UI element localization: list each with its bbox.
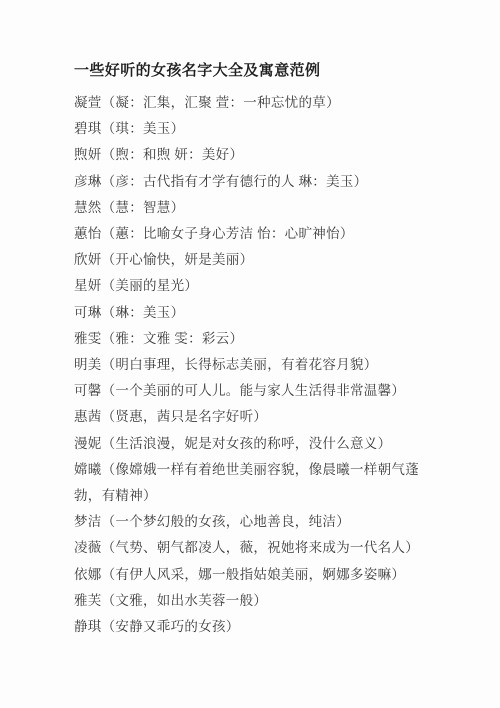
name-entry: 凌薇（气势、朝气都凌人，薇，祝她将来成为一代名人） xyxy=(74,535,424,561)
name-entry: 依娜（有伊人风采，娜一般指姑娘美丽，婀娜多姿嘛） xyxy=(74,562,424,588)
name-entry: 漫妮（生活浪漫，妮是对女孩的称呼，没什么意义） xyxy=(74,431,424,457)
name-entry: 慧然（慧：智慧） xyxy=(74,195,424,221)
name-entry: 可琳（琳：美玉） xyxy=(74,300,424,326)
name-entry: 煦妍（煦：和煦 妍：美好） xyxy=(74,142,424,168)
name-entry: 彦琳（彦：古代指有才学有德行的人 琳：美玉） xyxy=(74,169,424,195)
name-entry: 雅雯（雅：文雅 雯：彩云） xyxy=(74,326,424,352)
name-entry: 蕙怡（蕙：比喻女子身心芳洁 怡：心旷神怡） xyxy=(74,221,424,247)
name-entry: 凝萱（凝：汇集，汇聚 萱：一种忘忧的草） xyxy=(74,90,424,116)
name-entry: 嫦曦（像嫦娥一样有着绝世美丽容貌，像晨曦一样朝气蓬勃，有精神） xyxy=(74,457,424,509)
document-page: 一些好听的女孩名字大全及寓意范例 凝萱（凝：汇集，汇聚 萱：一种忘忧的草） 碧琪… xyxy=(0,0,500,708)
name-entry: 梦洁（一个梦幻般的女孩，心地善良，纯洁） xyxy=(74,509,424,535)
name-entry: 静琪（安静又乖巧的女孩） xyxy=(74,614,424,640)
name-entry: 明美（明白事理，长得标志美丽，有着花容月貌） xyxy=(74,352,424,378)
name-entry: 雅芙（文雅，如出水芙蓉一般） xyxy=(74,588,424,614)
page-title: 一些好听的女孩名字大全及寓意范例 xyxy=(74,58,444,84)
name-entry: 碧琪（琪：美玉） xyxy=(74,116,424,142)
name-entry: 惠茜（贤惠，茜只是名字好听） xyxy=(74,404,424,430)
name-entry: 星妍（美丽的星光） xyxy=(74,273,424,299)
name-entry: 可馨（一个美丽的可人儿。能与家人生活得非常温馨） xyxy=(74,378,424,404)
name-entry: 欣妍（开心愉快，妍是美丽） xyxy=(74,247,424,273)
